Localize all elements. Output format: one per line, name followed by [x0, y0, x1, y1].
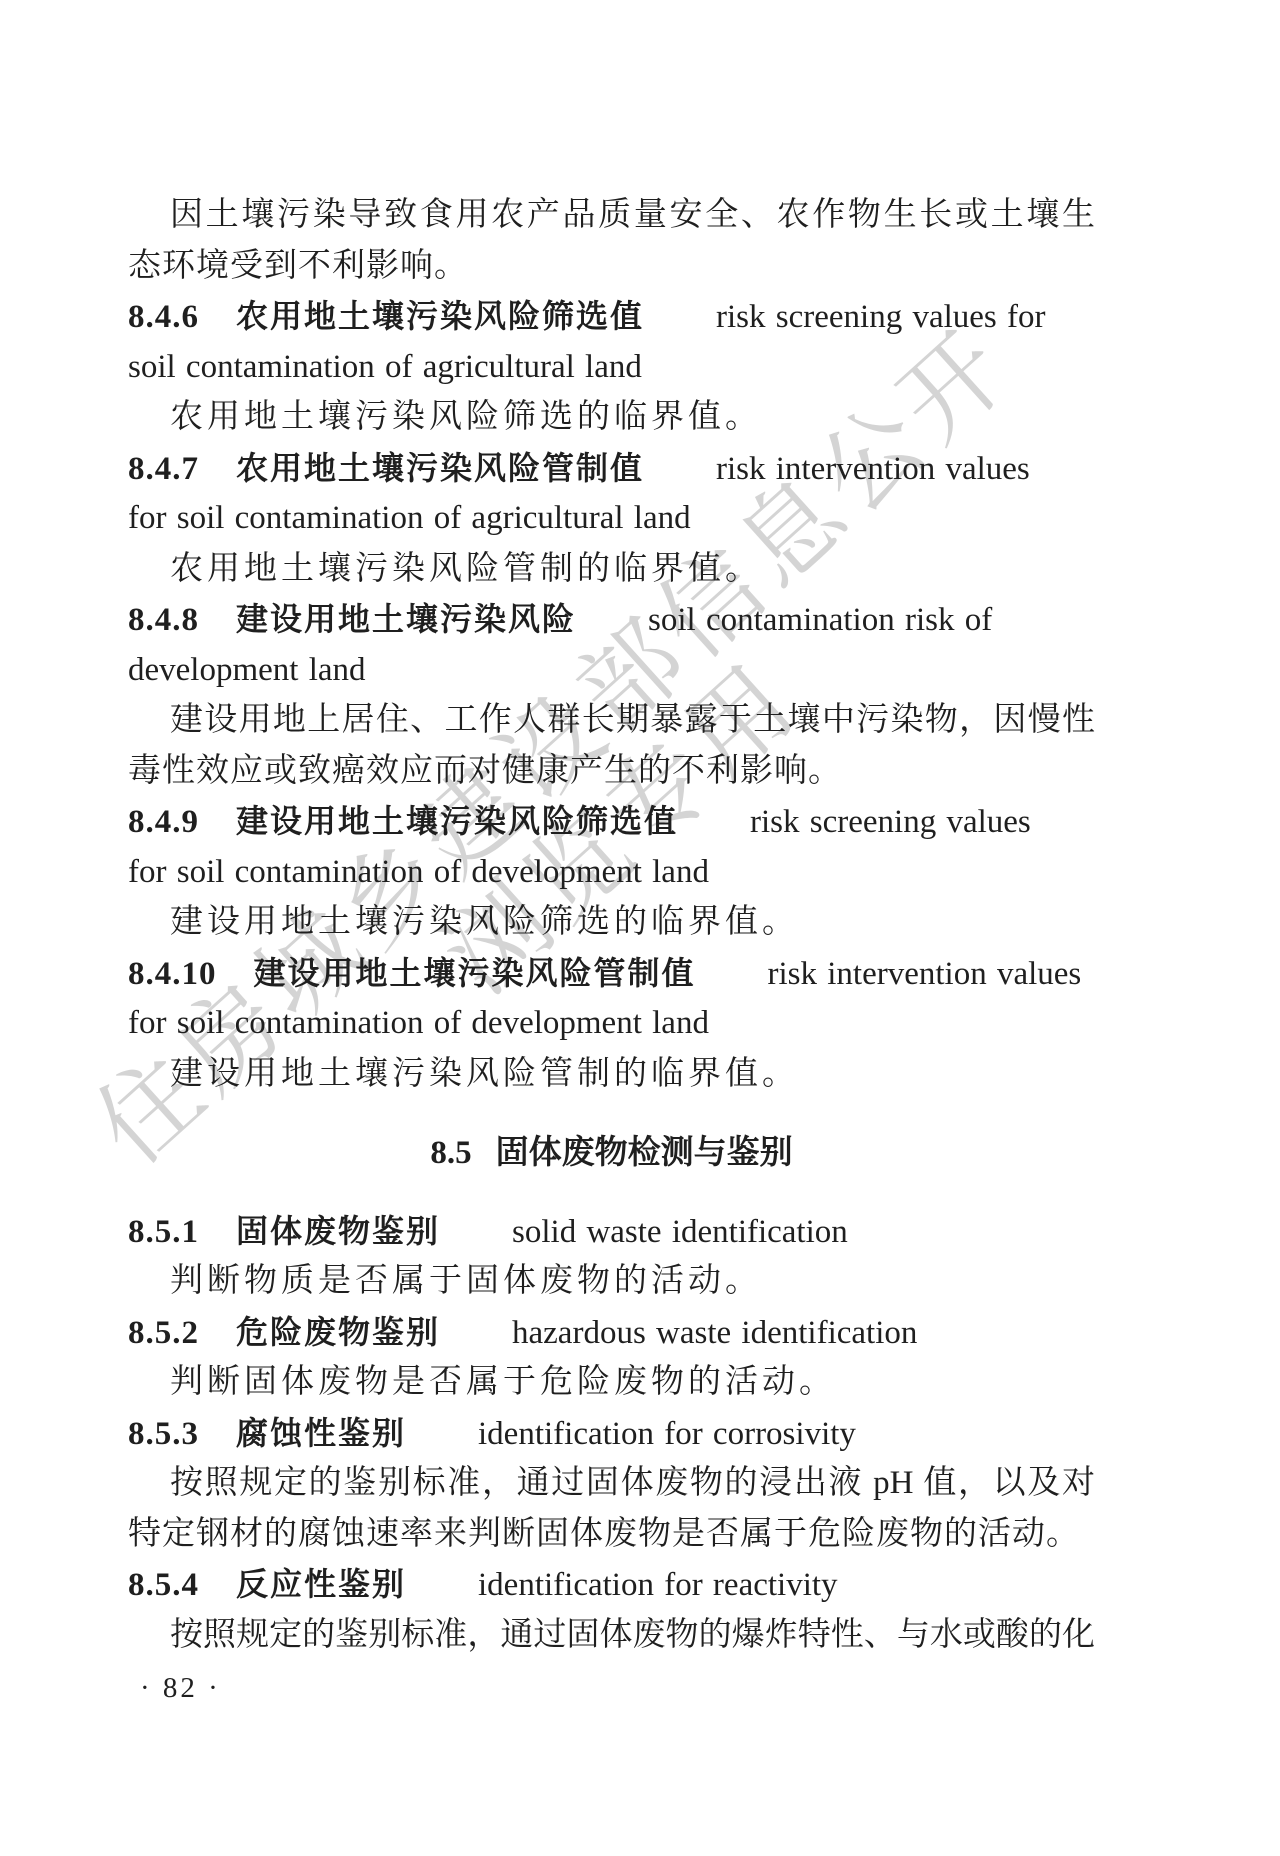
english-continuation-line: for soil contamination of development la… — [128, 847, 1095, 898]
body-line: 特定钢材的腐蚀速率来判断固体废物是否属于危险废物的活动。 — [128, 1509, 1095, 1560]
term-english: soil contamination risk of — [648, 602, 992, 638]
definition-line: 判断固体废物是否属于危险废物的活动。 — [128, 1357, 1095, 1408]
term-english: hazardous waste identification — [512, 1315, 917, 1351]
body-line: 按照规定的鉴别标准，通过固体废物的浸出液 pH 值，以及对 — [128, 1458, 1095, 1509]
term-line: 8.5.3腐蚀性鉴别identification for corrosivity — [128, 1408, 1095, 1459]
term-number: 8.5.3 — [128, 1416, 199, 1452]
term-english: risk intervention values — [716, 451, 1030, 487]
definition-line: 建设用地土壤污染风险筛选的临界值。 — [128, 897, 1095, 948]
body-line: 态环境受到不利影响。 — [128, 241, 1095, 292]
term-chinese: 反应性鉴别 — [236, 1566, 406, 1602]
term-english: identification for corrosivity — [478, 1416, 856, 1452]
term-line: 8.4.8建设用地土壤污染风险soil contamination risk o… — [128, 594, 1095, 645]
document-page: 住房城乡建设部信息公开 浏览专用 因土壤污染导致食用农产品质量安全、农作物生长或… — [0, 0, 1280, 1856]
definition-line: 判断物质是否属于固体废物的活动。 — [128, 1256, 1095, 1307]
body-line: 因土壤污染导致食用农产品质量安全、农作物生长或土壤生 — [128, 190, 1095, 241]
term-number: 8.5.1 — [128, 1214, 199, 1250]
term-chinese: 危险废物鉴别 — [236, 1314, 440, 1350]
body-line: 毒性效应或致癌效应而对健康产生的不利影响。 — [128, 746, 1095, 797]
term-chinese: 建设用地土壤污染风险 — [236, 601, 576, 637]
term-number: 8.4.8 — [128, 602, 199, 638]
term-number: 8.4.9 — [128, 804, 199, 840]
section-title: 固体废物检测与鉴别 — [496, 1133, 793, 1170]
body-line: 按照规定的鉴别标准，通过固体废物的爆炸特性、与水或酸的化 — [128, 1610, 1095, 1661]
term-english: risk screening values — [750, 804, 1031, 840]
section-number: 8.5 — [430, 1135, 471, 1171]
english-continuation-line: for soil contamination of development la… — [128, 998, 1095, 1049]
term-line: 8.4.10建设用地土壤污染风险管制值risk intervention val… — [128, 948, 1095, 999]
term-number: 8.4.10 — [128, 956, 217, 992]
term-number: 8.4.7 — [128, 451, 199, 487]
term-chinese: 农用地土壤污染风险筛选值 — [236, 298, 644, 334]
term-number: 8.4.6 — [128, 299, 199, 335]
definition-line: 农用地土壤污染风险筛选的临界值。 — [128, 392, 1095, 443]
term-chinese: 建设用地土壤污染风险筛选值 — [236, 803, 678, 839]
term-chinese: 固体废物鉴别 — [236, 1213, 440, 1249]
english-continuation-line: development land — [128, 645, 1095, 696]
english-continuation-line: soil contamination of agricultural land — [128, 342, 1095, 393]
term-english: risk intervention values — [768, 956, 1082, 992]
term-number: 8.5.2 — [128, 1315, 199, 1351]
body-line: 建设用地上居住、工作人群长期暴露于土壤中污染物，因慢性 — [128, 695, 1095, 746]
definition-line: 农用地土壤污染风险管制的临界值。 — [128, 544, 1095, 595]
section-heading: 8.5固体废物检测与鉴别 — [128, 1127, 1095, 1178]
term-english: identification for reactivity — [478, 1567, 838, 1603]
term-number: 8.5.4 — [128, 1567, 199, 1603]
term-english: risk screening values for — [716, 299, 1045, 335]
term-line: 8.4.9建设用地土壤污染风险筛选值risk screening values — [128, 796, 1095, 847]
term-line: 8.4.7农用地土壤污染风险管制值risk intervention value… — [128, 443, 1095, 494]
page-body: 因土壤污染导致食用农产品质量安全、农作物生长或土壤生 态环境受到不利影响。 8.… — [128, 190, 1095, 1660]
term-chinese: 农用地土壤污染风险管制值 — [236, 450, 644, 486]
definition-line: 建设用地土壤污染风险管制的临界值。 — [128, 1049, 1095, 1100]
page-number: · 82 · — [140, 1663, 221, 1713]
term-line: 8.5.2危险废物鉴别hazardous waste identificatio… — [128, 1307, 1095, 1358]
english-continuation-line: for soil contamination of agricultural l… — [128, 493, 1095, 544]
term-chinese: 腐蚀性鉴别 — [236, 1415, 406, 1451]
term-english: solid waste identification — [512, 1214, 848, 1250]
term-line: 8.5.1固体废物鉴别solid waste identification — [128, 1206, 1095, 1257]
term-chinese: 建设用地土壤污染风险管制值 — [254, 955, 696, 991]
term-line: 8.4.6农用地土壤污染风险筛选值risk screening values f… — [128, 291, 1095, 342]
term-line: 8.5.4反应性鉴别identification for reactivity — [128, 1559, 1095, 1610]
